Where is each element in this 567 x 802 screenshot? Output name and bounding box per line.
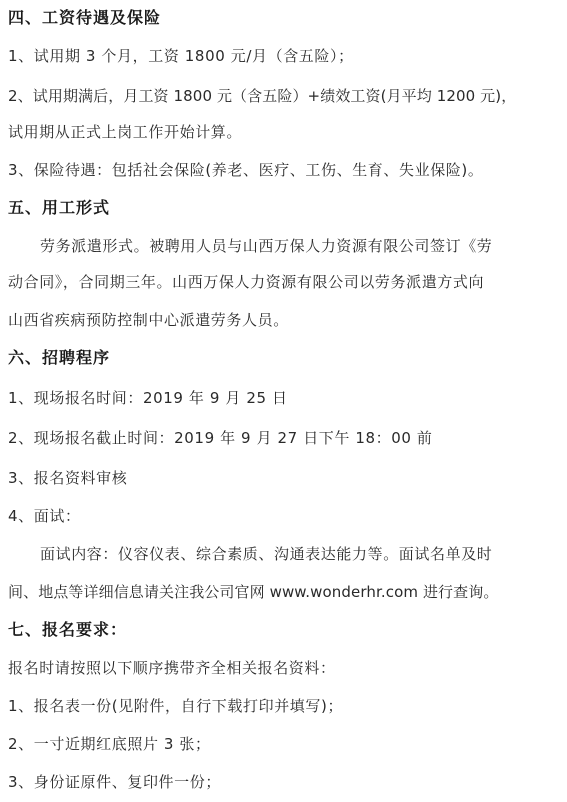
salary-item-1: 1、试用期 3 个月，工资 1800 元/月（含五险）；	[8, 46, 354, 66]
section-heading-registration-requirements: 七、报名要求：	[8, 620, 127, 640]
process-item-1: 1、现场报名时间：2019 年 9 月 25 日	[8, 388, 288, 408]
process-item-4: 4、面试：	[8, 506, 81, 526]
process-item-2: 2、现场报名截止时间：2019 年 9 月 27 日下午 18：00 前	[8, 428, 433, 448]
salary-item-2: 2、试用期满后，月工资 1800 元（含五险）+绩效工资(月平均 1200 元)…	[8, 86, 516, 106]
process-item-3: 3、报名资料审核	[8, 468, 127, 488]
salary-item-2-cont: 试用期从正式上岗工作开始计算。	[8, 122, 242, 142]
employment-paragraph-line-1: 劳务派遣形式。被聘用人员与山西万保人力资源有限公司签订《劳	[40, 236, 492, 256]
section-heading-salary: 四、工资待遇及保险	[8, 8, 161, 28]
employment-paragraph-line-2: 动合同》，合同期三年。山西万保人力资源有限公司以劳务派遣方式向	[8, 272, 484, 292]
employment-paragraph-line-3: 山西省疾病预防控制中心派遣劳务人员。	[8, 310, 289, 330]
interview-paragraph-line-1: 面试内容：仪容仪表、综合素质、沟通表达能力等。面试名单及时	[40, 544, 492, 564]
registration-intro: 报名时请按照以下顺序携带齐全相关报名资料：	[8, 658, 336, 678]
registration-item-3: 3、身份证原件、复印件一份；	[8, 772, 221, 792]
salary-item-3: 3、保险待遇：包括社会保险(养老、医疗、工伤、生育、失业保险)。	[8, 160, 483, 180]
section-heading-recruitment-process: 六、招聘程序	[8, 348, 110, 368]
registration-item-1: 1、报名表一份(见附件，自行下载打印并填写)；	[8, 696, 343, 716]
interview-paragraph-line-2: 间、地点等详细信息请关注我公司官网 www.wonderhr.com 进行查询。	[8, 582, 498, 602]
section-heading-employment-form: 五、用工形式	[8, 198, 110, 218]
registration-item-2: 2、一寸近期红底照片 3 张；	[8, 734, 211, 754]
